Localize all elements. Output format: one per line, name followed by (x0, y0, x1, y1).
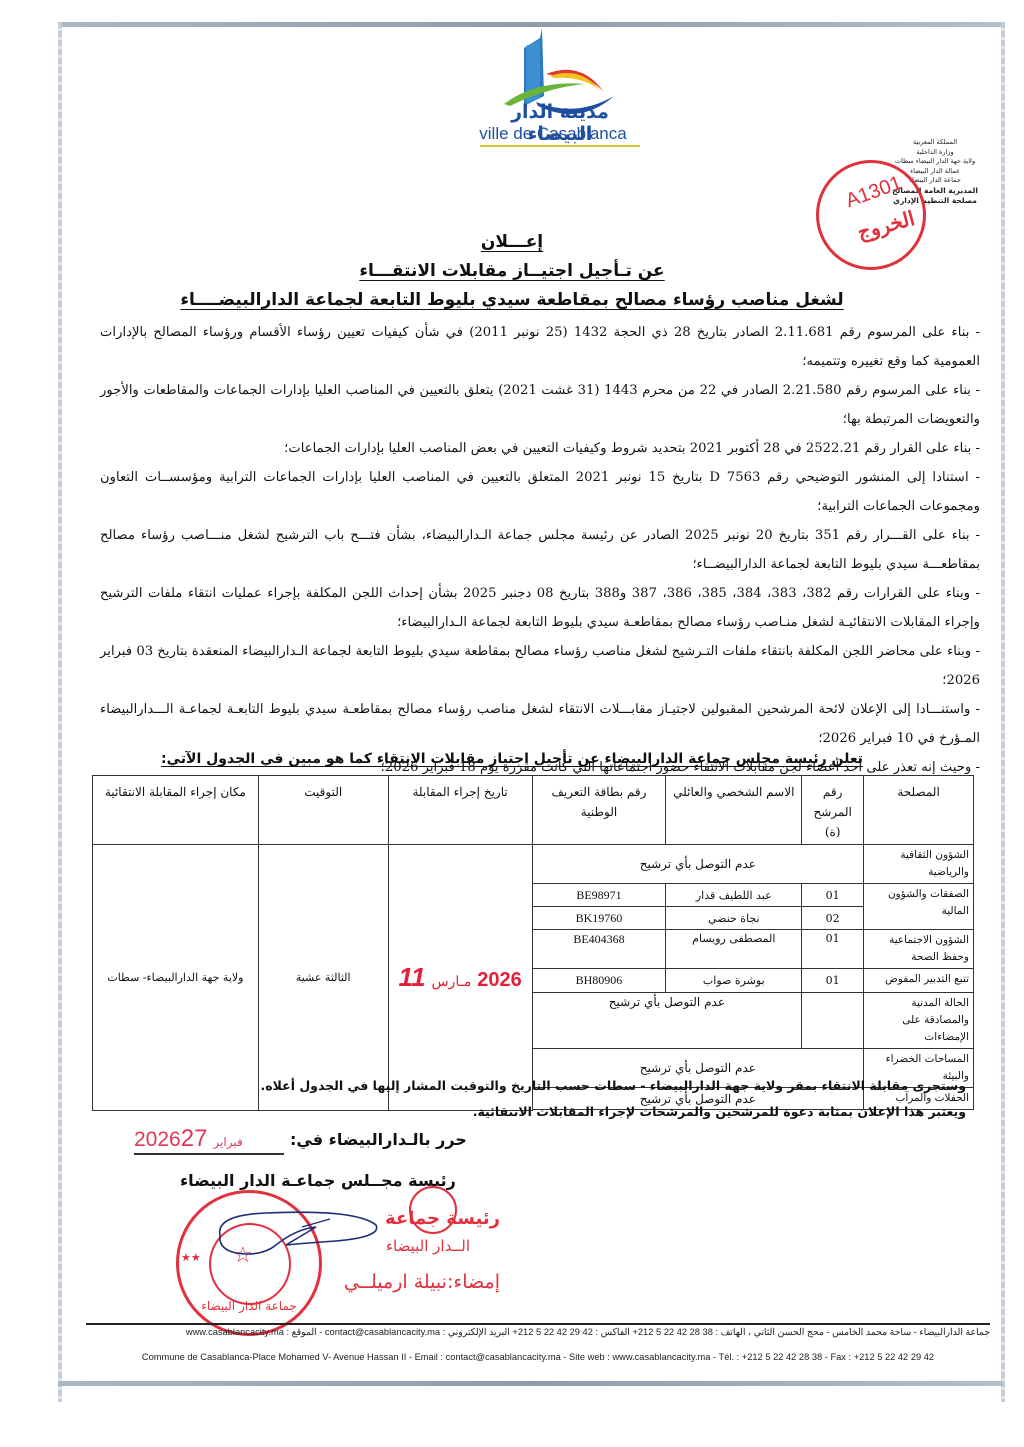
candidate-id-cell: BE98971 (532, 884, 666, 907)
date-stamp-month: فبراير (213, 1135, 242, 1149)
candidate-name-cell: نجاة حنضي (666, 907, 802, 930)
empty-candidate-no-cell (802, 993, 864, 1049)
recital: - استنادا إلى المنشور التوضيحي رقم D 756… (100, 463, 980, 521)
interview-year: 2026 (477, 969, 522, 991)
candidate-name-cell: المصطفى رويسام (666, 930, 802, 969)
announcement-title: إعـــلان (0, 232, 1024, 252)
candidate-id-cell: BH80906 (532, 969, 666, 993)
scan-frame-left (58, 22, 62, 1402)
closing-text: وستجرى مقابلة الانتقاء بمقر ولاية جهة ال… (100, 1073, 980, 1125)
seal-text: جماعة الدار البيضاء (199, 1299, 299, 1313)
header-time: التوقيت (258, 776, 388, 845)
date-stamp: 2026فبراير27 (134, 1125, 284, 1155)
closing-line: وستجرى مقابلة الانتقاء بمقر ولاية جهة ال… (100, 1073, 980, 1099)
candidate-name-cell: عبد اللطيف قدار (666, 884, 802, 907)
closing-line: ويعتبر هذا الإعلان بمثابة دعوة للمرشحين … (100, 1099, 980, 1125)
stars-icon: ★★ (181, 1251, 201, 1264)
reference-number: A1301 (843, 172, 905, 213)
scan-frame-right (1001, 22, 1005, 1402)
announcement-position: لشغل مناصب رؤساء مصالح بمقاطعة سيدي بليو… (0, 290, 1024, 310)
stamp-name: إمضاء:نبيلة ارميلــي (310, 1265, 500, 1299)
interview-month: مـارس (431, 973, 471, 989)
announcement-subject: عن تـأجيل اجتيــاز مقابلات الانتقـــاء (0, 261, 1024, 281)
interview-schedule-table: المصلحة رقم المرشح (ة) الاسم الشخصي والع… (92, 775, 974, 1111)
interview-day: 11 (398, 962, 425, 992)
candidate-id-cell: BK19760 (532, 907, 666, 930)
date-stamp-day: 27 (181, 1125, 208, 1152)
header-interview-date: تاريخ إجراء المقابلة (388, 776, 532, 845)
no-candidate-cell: عدم التوصل بأي ترشيح (532, 845, 864, 884)
signer-title: رئيسة مجــلس جماعـة الدار البيضاء (180, 1171, 456, 1190)
candidate-id-cell: BE404368 (532, 930, 666, 969)
date-stamp-year: 2026 (134, 1128, 181, 1151)
place-date-label: حرر بالـدارالبيضاء في: (290, 1130, 467, 1149)
scan-frame-bottom (58, 1381, 1003, 1386)
recital: - وبناء على محاضر اللجن المكلفة بانتقاء … (100, 637, 980, 695)
candidate-name-cell: بوشرة صواب (666, 969, 802, 993)
recital: - بناء على المرسوم رقم 2.11.681 الصادر ب… (100, 318, 980, 376)
interview-time-cell: الثالثة عشية (258, 845, 388, 1111)
candidate-no-cell: 01 (802, 930, 864, 969)
header-candidate-no: رقم المرشح (ة) (802, 776, 864, 845)
candidate-no-cell: 02 (802, 907, 864, 930)
outgoing-reference-stamp: A1301 الخروج (816, 160, 926, 270)
header-location: مكان إجراء المقابلة الانتقائية (93, 776, 259, 845)
recital: - بناء على القرار رقم 2522.21 في 28 أكتو… (100, 434, 980, 463)
recital: - بناء على المرسوم رقم 2.21.580 الصادر ف… (100, 376, 980, 434)
announcement-line: تعلن رئيسة مجلس جماعة الدارالبيضاء عن تأ… (0, 751, 1024, 767)
footer-french-contact: Commune de Casablanca-Place Mohamed V- A… (86, 1352, 990, 1362)
interview-location-cell: ولاية جهة الدارالبيضاء- سطات (93, 845, 259, 1111)
logo-french-text: ville de Casablanca (468, 124, 638, 144)
service-cell: تتبع التدبير المفوض (864, 969, 974, 993)
recital: - بناء على القـــرار رقم 351 بتاريخ 20 ن… (100, 521, 980, 579)
authority-line: المملكة المغربية (870, 138, 1000, 148)
header-service: المصلحة (864, 776, 974, 845)
no-candidate-cell: عدم التوصل بأي ترشيح (532, 993, 802, 1049)
header-id-card: رقم بطاقة التعريف الوطنية (532, 776, 666, 845)
authority-line: وزارة الداخلية (870, 148, 1000, 158)
candidate-no-cell: 01 (802, 884, 864, 907)
table-row: الشؤون الثقافية والرياضية عدم التوصل بأي… (93, 845, 974, 884)
service-cell: الشؤون الثقافية والرياضية (864, 845, 974, 884)
interview-date-stamp: 2026مـارس11 (388, 845, 532, 1111)
recitals: - بناء على المرسوم رقم 2.11.681 الصادر ب… (100, 318, 980, 782)
recital: - واستنـــادا إلى الإعلان لائحة المرشحين… (100, 695, 980, 753)
service-cell: الشؤون الاجتماعية وحفظ الصحة (864, 930, 974, 969)
handwritten-signature-icon (206, 1205, 386, 1265)
recital: - وبناء على القرارات رقم 382، 383، 384، … (100, 579, 980, 637)
table-header-row: المصلحة رقم المرشح (ة) الاسم الشخصي والع… (93, 776, 974, 845)
service-cell: الحالة المدنية والمصادقة على الإمضاءات (864, 993, 974, 1049)
header-full-name: الاسم الشخصي والعائلي (666, 776, 802, 845)
footer-arabic-contact: جماعة الدارالبيضاء - ساحة محمد الخامس - … (86, 1327, 990, 1338)
footer-divider (86, 1323, 990, 1325)
service-cell: الصفقات والشؤون المالية (864, 884, 974, 930)
candidate-no-cell: 01 (802, 969, 864, 993)
